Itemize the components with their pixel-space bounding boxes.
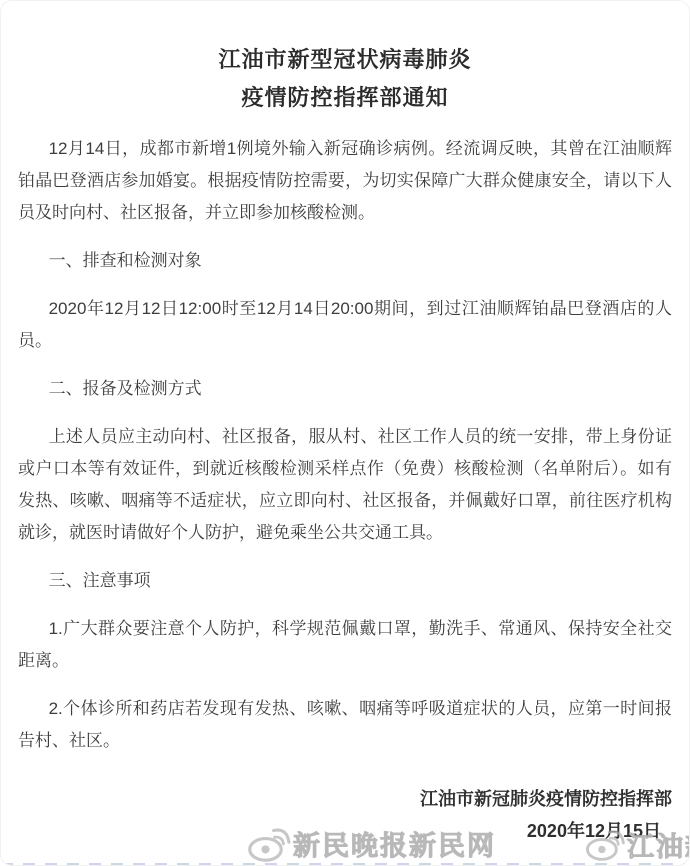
notice-title: 江油市新型冠状病毒肺炎 疫情防控指挥部通知 [18, 41, 672, 117]
notice-title-line-1: 江油市新型冠状病毒肺炎 [18, 41, 672, 79]
notice-title-line-2: 疫情防控指挥部通知 [18, 79, 672, 117]
section-2-paragraph: 上述人员应主动向村、社区报备，服从村、社区工作人员的统一安排，带上身份证或户口本… [18, 421, 672, 549]
bottom-edge-dashes [1, 863, 689, 865]
section-1-paragraph: 2020年12月12日12:00时至12月14日20:00期间，到过江油顺辉铂晶… [18, 293, 672, 357]
notice-document: 江油市新型冠状病毒肺炎 疫情防控指挥部通知 12月14日，成都市新增1例境外输入… [0, 0, 690, 866]
section-1-heading: 一、排查和检测对象 [18, 245, 672, 277]
section-2-heading: 二、报备及检测方式 [18, 373, 672, 405]
signature-line: 江油市新冠肺炎疫情防控指挥部 [18, 783, 672, 815]
intro-paragraph: 12月14日，成都市新增1例境外输入新冠确诊病例。经流调反映，其曾在江油顺辉铂晶… [18, 133, 672, 229]
section-3-paragraph-2: 2.个体诊所和药店若发现有发热、咳嗽、咽痛等呼吸道症状的人员，应第一时间报告村、… [18, 693, 672, 757]
notice-date: 2020年12月15日 [18, 815, 672, 847]
section-3-paragraph-1: 1.广大群众要注意个人防护，科学规范佩戴口罩，勤洗手、常通风、保持安全社交距离。 [18, 613, 672, 677]
section-3-heading: 三、注意事项 [18, 565, 672, 597]
